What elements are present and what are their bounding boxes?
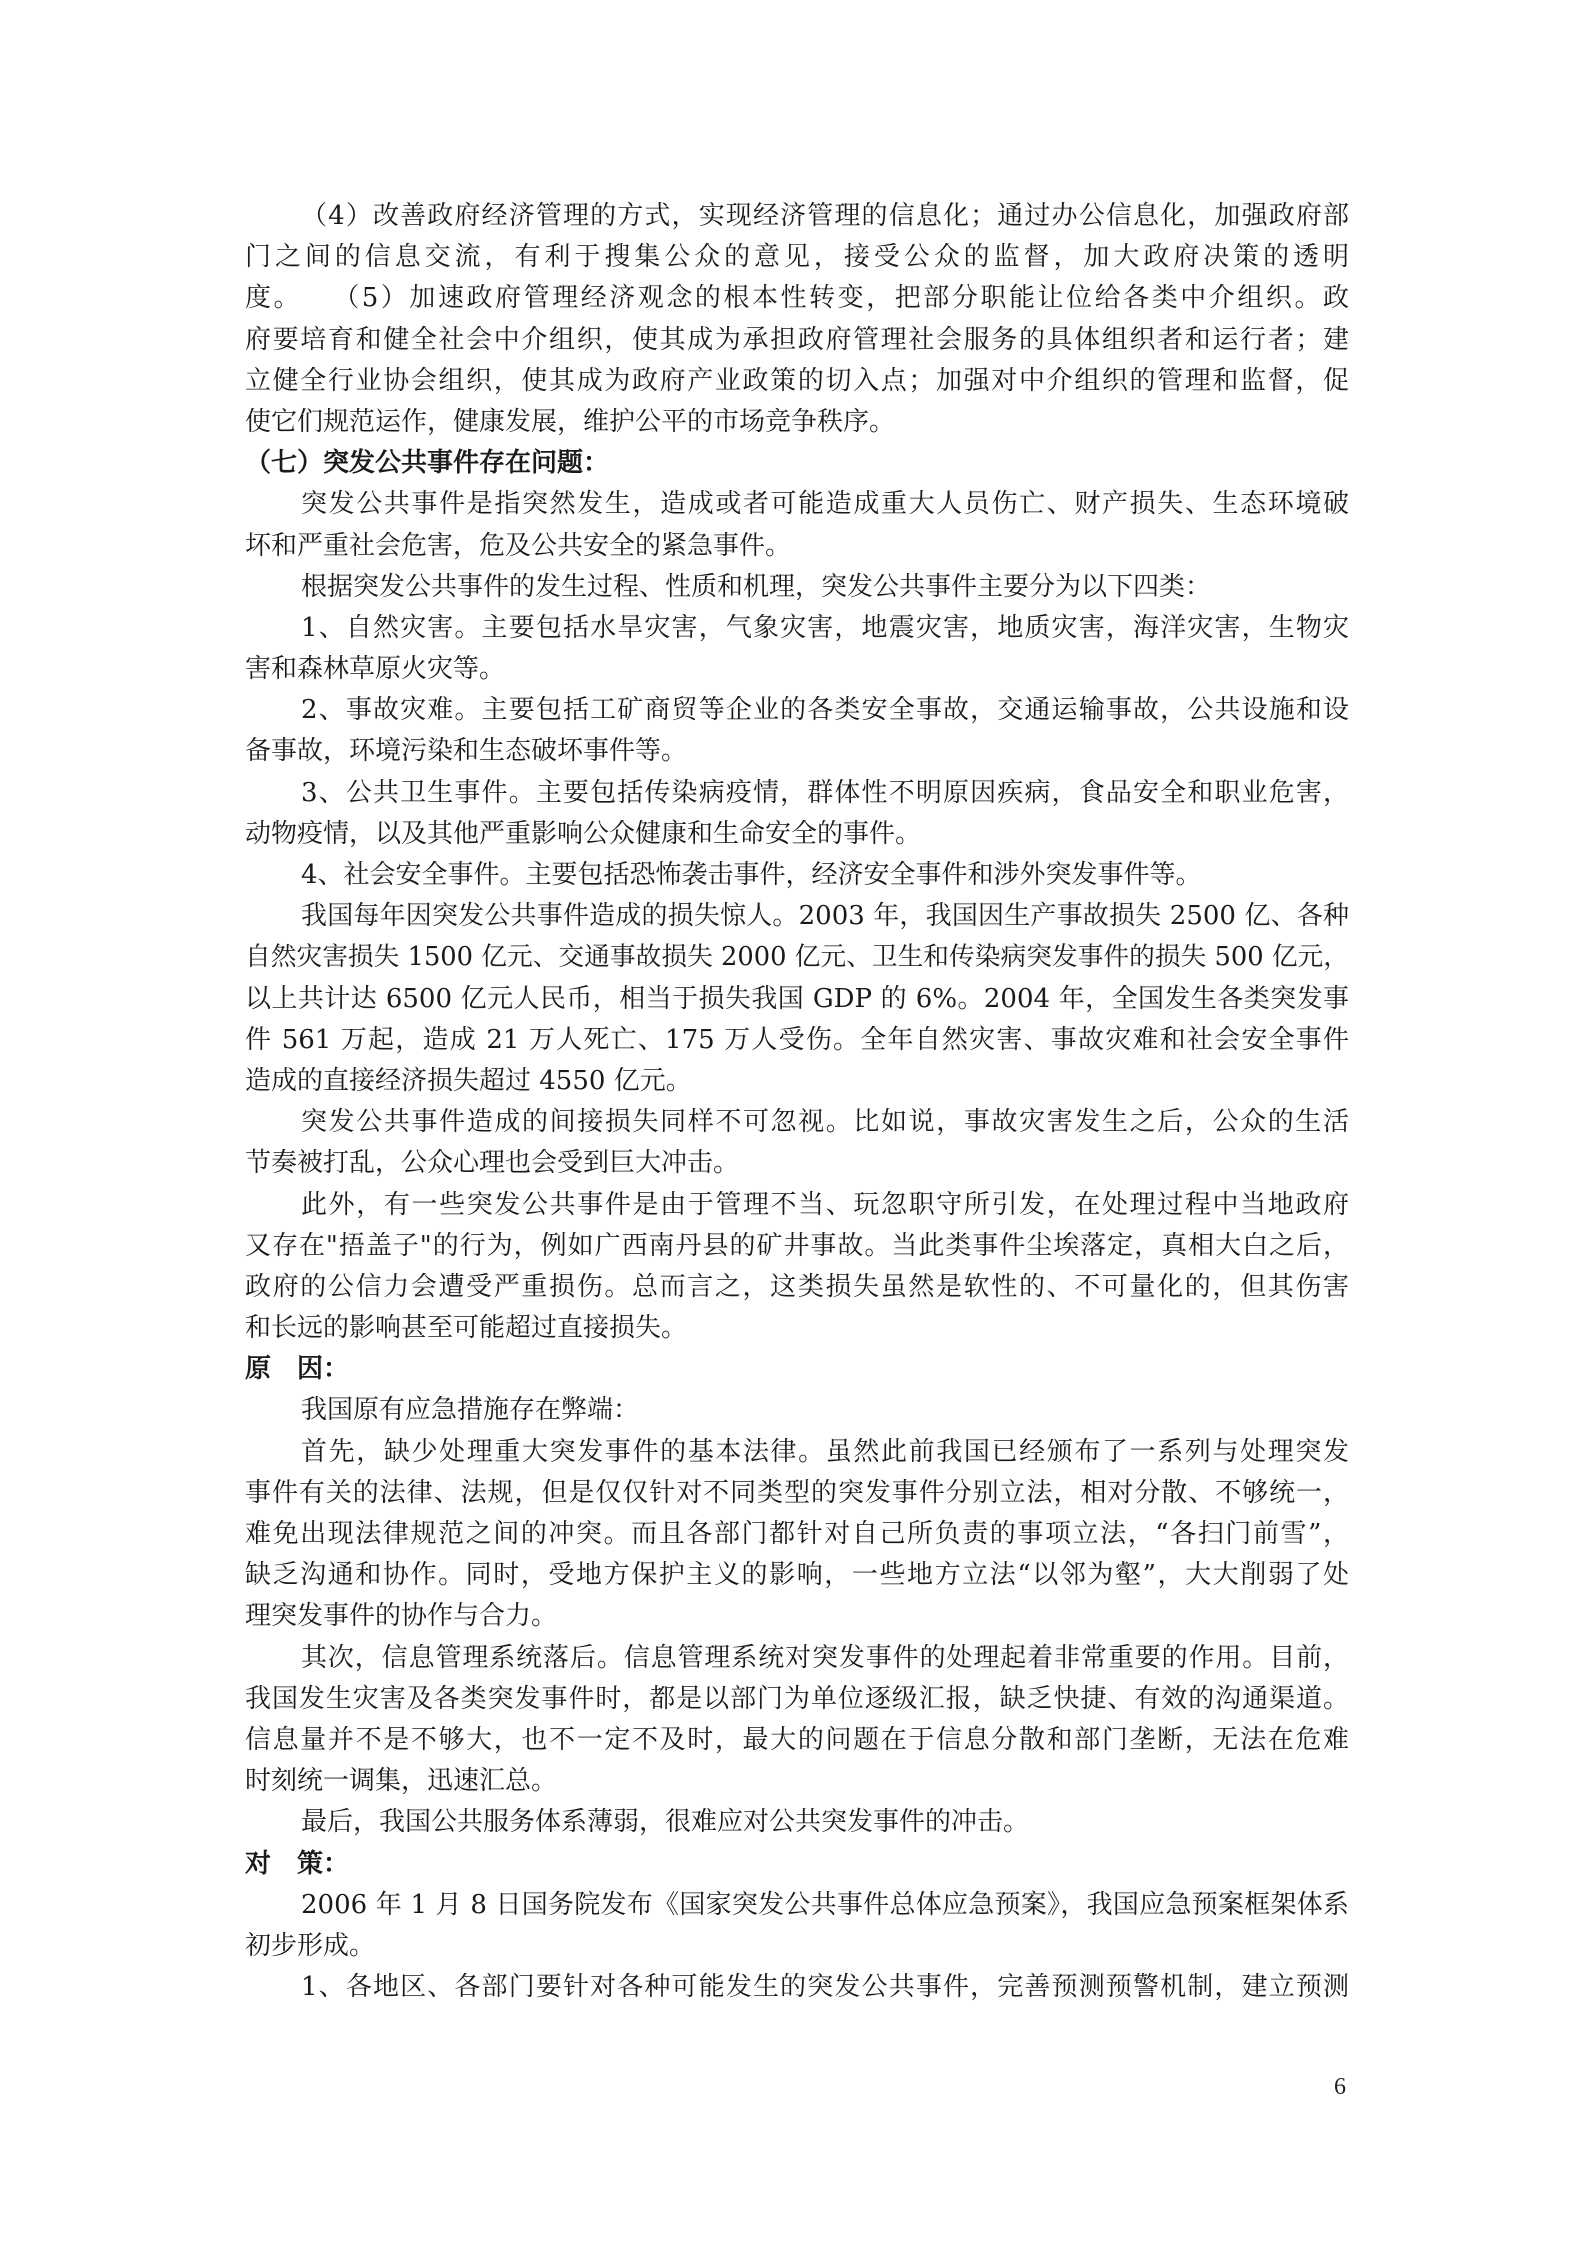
- text-line: 节奏被打乱，公众心理也会受到巨大冲击。: [245, 1143, 1349, 1184]
- text-line: 我国原有应急措施存在弊端：: [245, 1390, 1349, 1431]
- text-line: 动物疫情，以及其他严重影响公众健康和生命安全的事件。: [245, 814, 1349, 855]
- text-line: 其次，信息管理系统落后。信息管理系统对突发事件的处理起着非常重要的作用。目前，: [245, 1638, 1349, 1679]
- text-line: 理突发事件的协作与合力。: [245, 1596, 1349, 1637]
- section-heading: 原 因：: [245, 1349, 1349, 1390]
- text-line: 首先，缺少处理重大突发事件的基本法律。虽然此前我国已经颁布了一系列与处理突发: [245, 1432, 1349, 1473]
- text-line: 门之间的信息交流，有利于搜集公众的意见，接受公众的监督，加大政府决策的透明: [245, 237, 1349, 278]
- text-line: 突发公共事件是指突然发生，造成或者可能造成重大人员伤亡、财产损失、生态环境破: [245, 484, 1349, 525]
- text-line: 度。 （5）加速政府管理经济观念的根本性转变，把部分职能让位给各类中介组织。政: [245, 278, 1349, 319]
- text-line: 害和森林草原火灾等。: [245, 649, 1349, 690]
- text-line: 件 561 万起，造成 21 万人死亡、175 万人受伤。全年自然灾害、事故灾难…: [245, 1020, 1349, 1061]
- text-line: 我国发生灾害及各类突发事件时，都是以部门为单位逐级汇报，缺乏快捷、有效的沟通渠道…: [245, 1679, 1349, 1720]
- text-line: 1、各地区、各部门要针对各种可能发生的突发公共事件，完善预测预警机制，建立预测: [245, 1967, 1349, 2008]
- text-line: 备事故，环境污染和生态破坏事件等。: [245, 731, 1349, 772]
- text-line: 又存在"捂盖子"的行为，例如广西南丹县的矿井事故。当此类事件尘埃落定，真相大白之…: [245, 1226, 1349, 1267]
- text-line: 最后，我国公共服务体系薄弱，很难应对公共突发事件的冲击。: [245, 1802, 1349, 1843]
- text-line: 府要培育和健全社会中介组织，使其成为承担政府管理社会服务的具体组织者和运行者；建: [245, 320, 1349, 361]
- text-line: 立健全行业协会组织，使其成为政府产业政策的切入点；加强对中介组织的管理和监督，促: [245, 361, 1349, 402]
- text-line: 我国每年因突发公共事件造成的损失惊人。2003 年，我国因生产事故损失 2500…: [245, 896, 1349, 937]
- text-line: 事件有关的法律、法规，但是仅仅针对不同类型的突发事件分别立法，相对分散、不够统一…: [245, 1473, 1349, 1514]
- text-line: 坏和严重社会危害，危及公共安全的紧急事件。: [245, 526, 1349, 567]
- text-line: 突发公共事件造成的间接损失同样不可忽视。比如说，事故灾害发生之后，公众的生活: [245, 1102, 1349, 1143]
- text-line: 政府的公信力会遭受严重损伤。总而言之，这类损失虽然是软性的、不可量化的，但其伤害: [245, 1267, 1349, 1308]
- text-line: 2006 年 1 月 8 日国务院发布《国家突发公共事件总体应急预案》，我国应急…: [245, 1885, 1349, 1926]
- text-line: 此外，有一些突发公共事件是由于管理不当、玩忽职守所引发，在处理过程中当地政府: [245, 1185, 1349, 1226]
- text-line: 3、公共卫生事件。主要包括传染病疫情，群体性不明原因疾病，食品安全和职业危害，: [245, 773, 1349, 814]
- document-page-body: （4）改善政府经济管理的方式，实现经济管理的信息化；通过办公信息化，加强政府部门…: [245, 196, 1349, 2008]
- text-line: 4、社会安全事件。主要包括恐怖袭击事件，经济安全事件和涉外突发事件等。: [245, 855, 1349, 896]
- text-line: 自然灾害损失 1500 亿元、交通事故损失 2000 亿元、卫生和传染病突发事件…: [245, 937, 1349, 978]
- text-line: 时刻统一调集，迅速汇总。: [245, 1761, 1349, 1802]
- text-line: 难免出现法律规范之间的冲突。而且各部门都针对自己所负责的事项立法，“各扫门前雪”…: [245, 1514, 1349, 1555]
- section-heading: 对 策：: [245, 1844, 1349, 1885]
- text-line: （4）改善政府经济管理的方式，实现经济管理的信息化；通过办公信息化，加强政府部: [245, 196, 1349, 237]
- section-heading: （七）突发公共事件存在问题：: [245, 443, 1349, 484]
- text-line: 2、事故灾难。主要包括工矿商贸等企业的各类安全事故，交通运输事故，公共设施和设: [245, 690, 1349, 731]
- text-line: 信息量并不是不够大，也不一定不及时，最大的问题在于信息分散和部门垄断，无法在危难: [245, 1720, 1349, 1761]
- text-line: 缺乏沟通和协作。同时，受地方保护主义的影响，一些地方立法“以邻为壑”，大大削弱了…: [245, 1555, 1349, 1596]
- page-number: 6: [1334, 2074, 1346, 2101]
- text-line: 使它们规范运作，健康发展，维护公平的市场竞争秩序。: [245, 402, 1349, 443]
- text-line: 以上共计达 6500 亿元人民币，相当于损失我国 GDP 的 6%。2004 年…: [245, 979, 1349, 1020]
- text-line: 根据突发公共事件的发生过程、性质和机理，突发公共事件主要分为以下四类：: [245, 567, 1349, 608]
- text-line: 初步形成。: [245, 1926, 1349, 1967]
- text-line: 造成的直接经济损失超过 4550 亿元。: [245, 1061, 1349, 1102]
- text-line: 1、自然灾害。主要包括水旱灾害，气象灾害，地震灾害，地质灾害，海洋灾害，生物灾: [245, 608, 1349, 649]
- text-line: 和长远的影响甚至可能超过直接损失。: [245, 1308, 1349, 1349]
